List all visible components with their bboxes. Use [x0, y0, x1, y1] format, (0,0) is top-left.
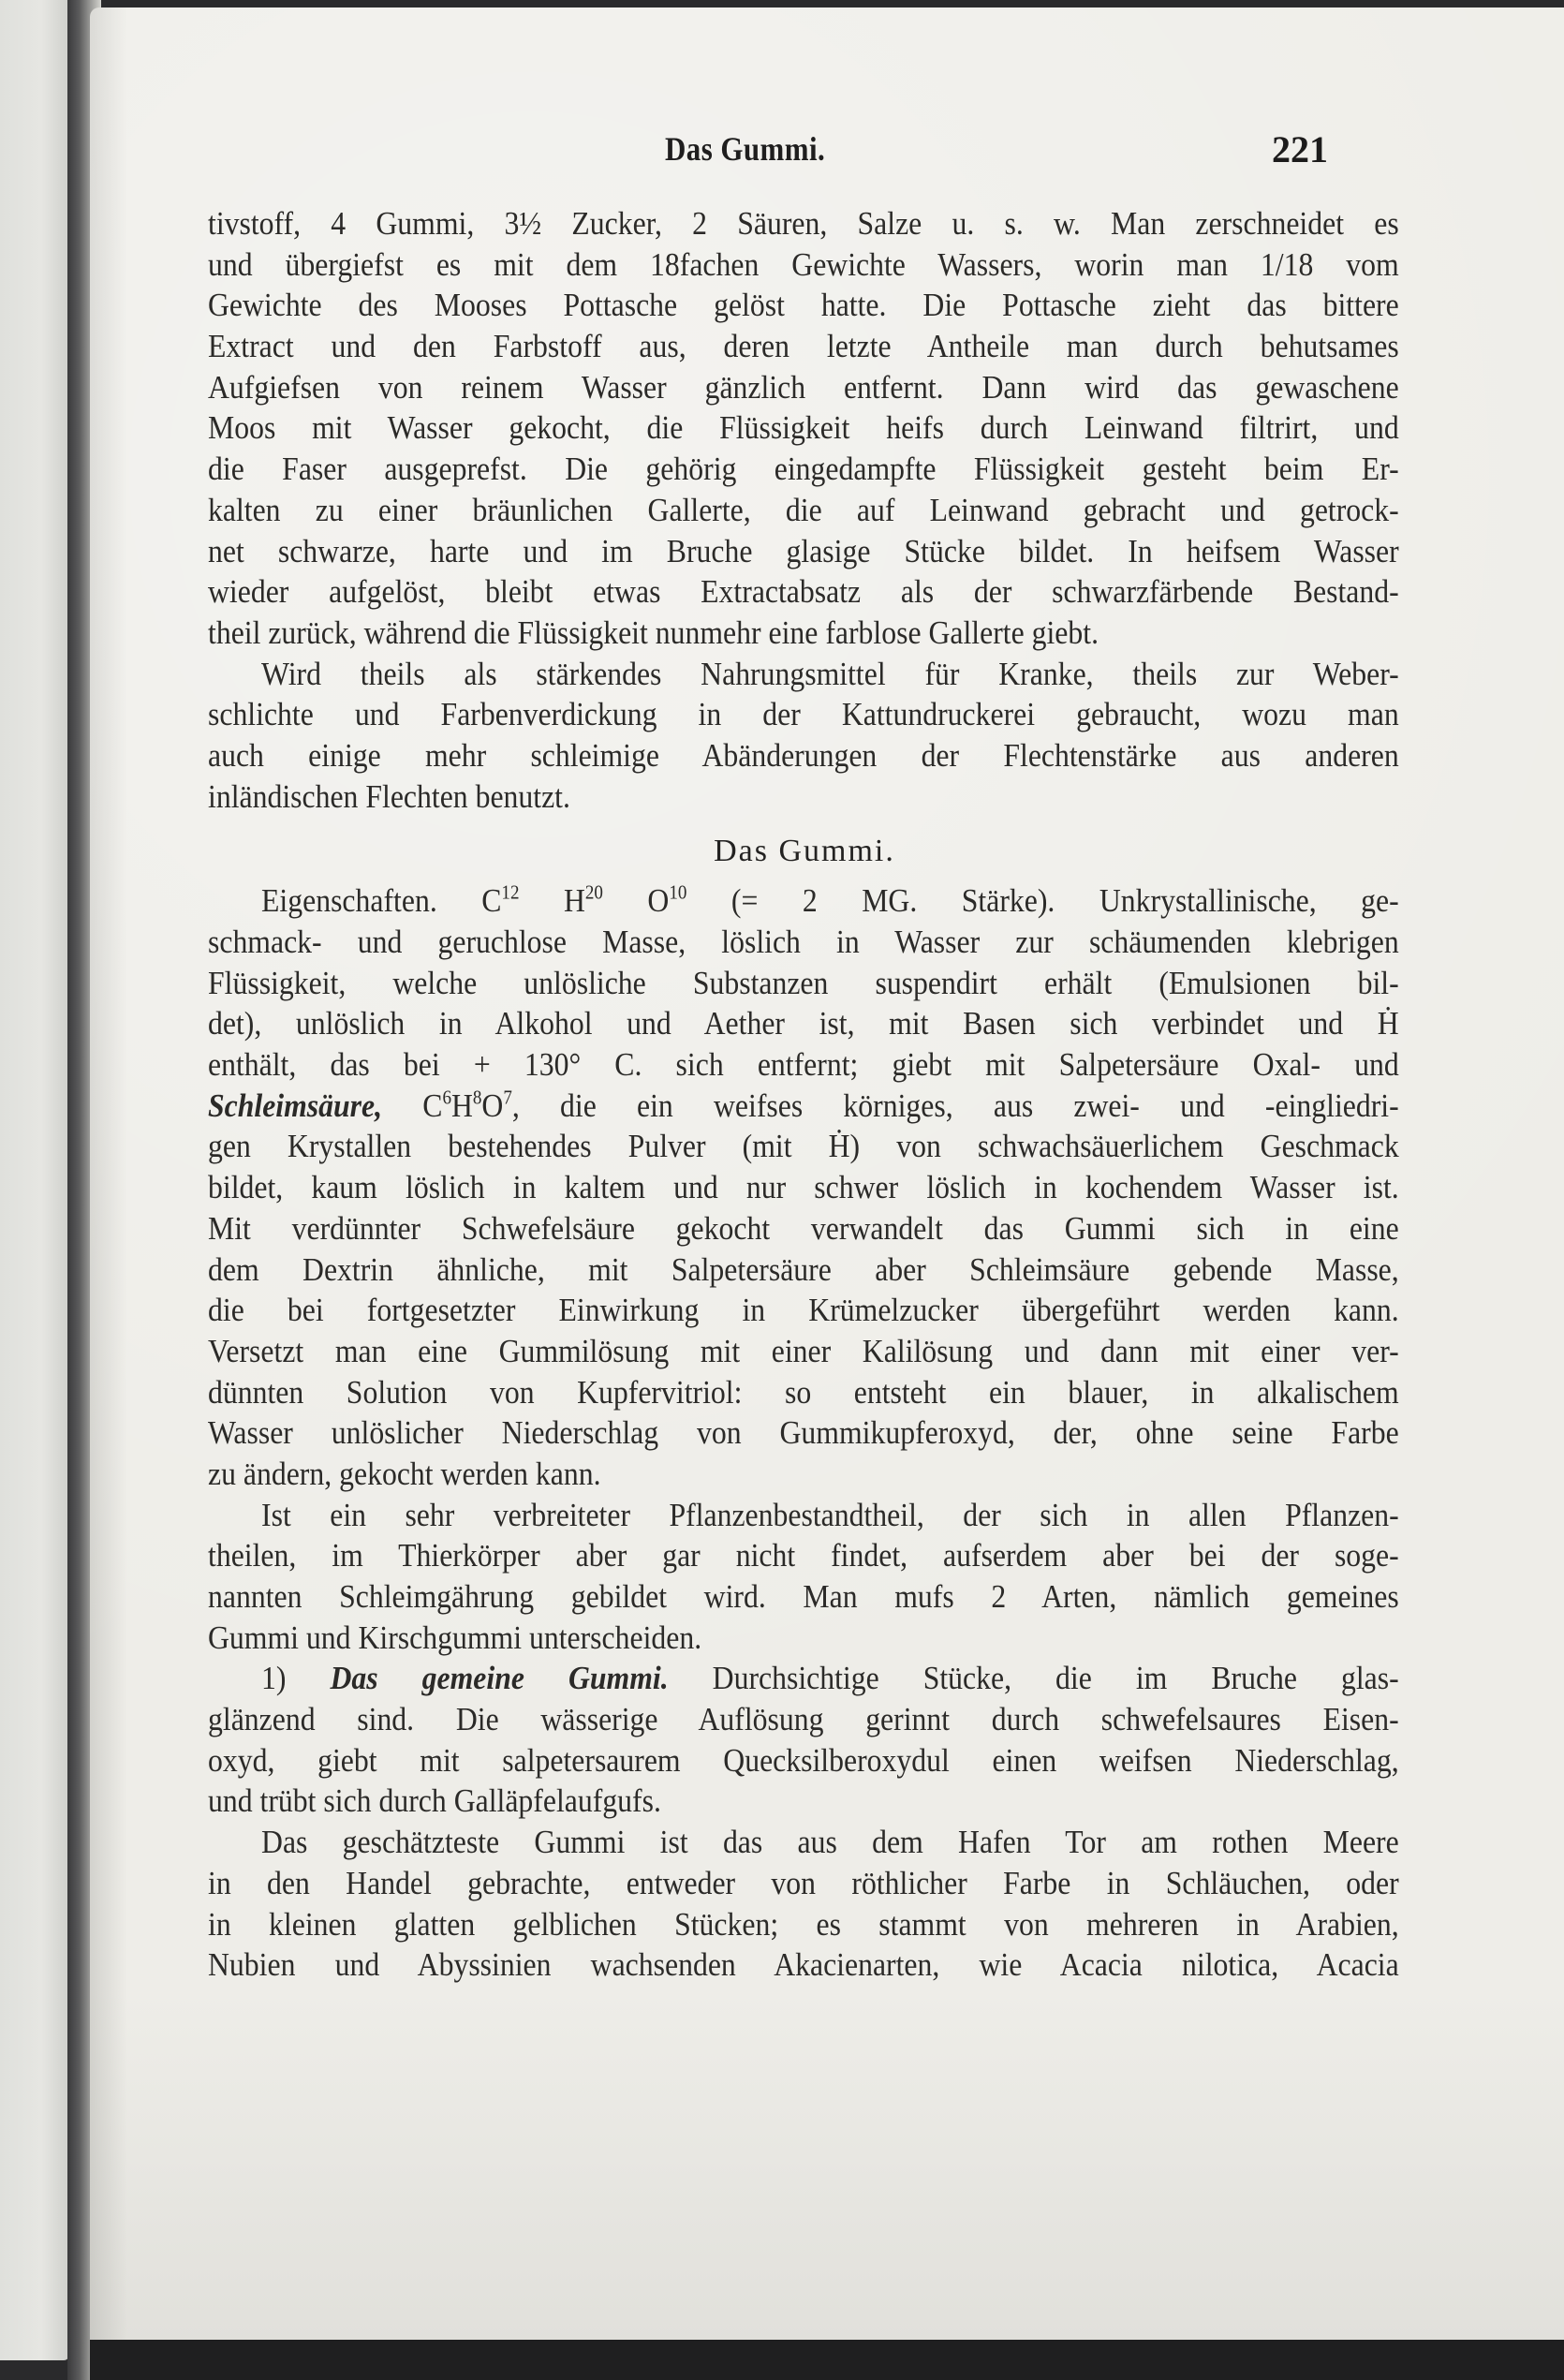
text-line: net schwarze, harte und im Bruche glasig… [208, 532, 1399, 573]
text-line: schlichte und Farbenverdickung in der Ka… [208, 695, 1399, 736]
facing-page-edge [0, 0, 69, 2360]
page-number: 221 [1272, 127, 1328, 171]
text-line: Gummi und Kirschgummi unterscheiden. [208, 1619, 1399, 1660]
text-line: inländischen Flechten benutzt. [208, 777, 1399, 819]
text-line: auch einige mehr schleimige Abänderungen… [208, 736, 1399, 777]
text-line: bildet, kaum löslich in kaltem und nur s… [208, 1168, 1399, 1209]
text-line: theilen, im Thierkörper aber gar nicht f… [208, 1536, 1399, 1577]
paragraph-start: Das geschätzteste Gummi ist das aus dem … [208, 1823, 1399, 1864]
text-line: Extract und den Farbstoff aus, deren let… [208, 327, 1399, 368]
text-line: und trübt sich durch Galläpfelaufgufs. [208, 1781, 1399, 1823]
text-line: Wasser unlöslicher Niederschlag von Gumm… [208, 1413, 1399, 1455]
text-line: schmack- und geruchlose Masse, löslich i… [208, 923, 1399, 964]
text-line: theil zurück, während die Flüssigkeit nu… [208, 613, 1399, 655]
formula: C12 H20 O10 [481, 883, 686, 919]
page-bottom-shadow [90, 2340, 1564, 2380]
text-line: Flüssigkeit, welche unlösliche Substanze… [208, 964, 1399, 1005]
text-line: Gewichte des Mooses Pottasche gelöst hat… [208, 286, 1399, 327]
text-line: und übergiefst es mit dem 18fachen Gewic… [208, 245, 1399, 287]
eigenschaften-label: Eigenschaften. [261, 883, 437, 919]
text-line: gen Krystallen bestehendes Pulver (mit Ḣ… [208, 1127, 1399, 1168]
paragraph-start: Ist ein sehr verbreiteter Pflanzenbestan… [208, 1496, 1399, 1537]
text-line: oxyd, giebt mit salpetersaurem Quecksilb… [208, 1741, 1399, 1782]
paragraph-start: Wird theils als stärkendes Nahrungsmitte… [208, 655, 1399, 696]
schleimsaeure-term: Schleimsäure, [208, 1088, 382, 1124]
text-line: Aufgiefsen von reinem Wasser gänzlich en… [208, 368, 1399, 409]
schleimsaeure-line: Schleimsäure, C6H8O7, die ein weifses kö… [208, 1087, 1399, 1128]
section-heading: Das Gummi. [208, 818, 1401, 881]
text-line: Moos mit Wasser gekocht, die Flüssigkeit… [208, 408, 1399, 450]
text-line: in den Handel gebrachte, entweder von rö… [208, 1864, 1399, 1905]
formula: C6H8O7 [422, 1088, 512, 1124]
text-line: Mit verdünnter Schwefelsäure gekocht ver… [208, 1209, 1399, 1250]
running-head: Das Gummi. 221 [562, 129, 1339, 185]
text-line: die bei fortgesetzter Einwirkung in Krüm… [208, 1291, 1399, 1332]
text-line: die Faser ausgeprefst. Die gehörig einge… [208, 450, 1399, 491]
text-line: det), unlöslich in Alkohol und Aether is… [208, 1004, 1399, 1045]
body-text: tivstoff, 4 Gummi, 3½ Zucker, 2 Säuren, … [208, 204, 1401, 1987]
text-line: Nubien und Abyssinien wachsenden Akacien… [208, 1945, 1399, 1987]
eigenschaften-line: Eigenschaften. C12 H20 O10 (= 2 MG. Stär… [208, 881, 1399, 923]
text-line: nannten Schleimgährung gebildet wird. Ma… [208, 1577, 1399, 1619]
formula-note: (= 2 MG. Stärke). Unkrystallinische, ge- [731, 883, 1399, 919]
text-line: in kleinen glatten gelblichen Stücken; e… [208, 1905, 1399, 1946]
text-line: kalten zu einer bräunlichen Gallerte, di… [208, 491, 1399, 532]
text-line: enthält, das bei + 130° C. sich entfernt… [208, 1045, 1399, 1087]
text-line: tivstoff, 4 Gummi, 3½ Zucker, 2 Säuren, … [208, 204, 1399, 245]
gemeine-gummi-term: Das gemeine Gummi. [330, 1661, 668, 1696]
gemeine-gummi-line: 1) Das gemeine Gummi. Durchsichtige Stüc… [208, 1659, 1399, 1700]
text-line: wieder aufgelöst, bleibt etwas Extractab… [208, 572, 1399, 613]
text-line: zu ändern, gekocht werden kann. [208, 1455, 1399, 1496]
text-line: glänzend sind. Die wässerige Auflösung g… [208, 1700, 1399, 1741]
text-line: Versetzt man eine Gummilösung mit einer … [208, 1332, 1399, 1373]
text-line: dünnten Solution von Kupfervitriol: so e… [208, 1373, 1399, 1414]
running-title: Das Gummi. [665, 129, 825, 169]
text-line: dem Dextrin ähnliche, mit Salpetersäure … [208, 1250, 1399, 1292]
